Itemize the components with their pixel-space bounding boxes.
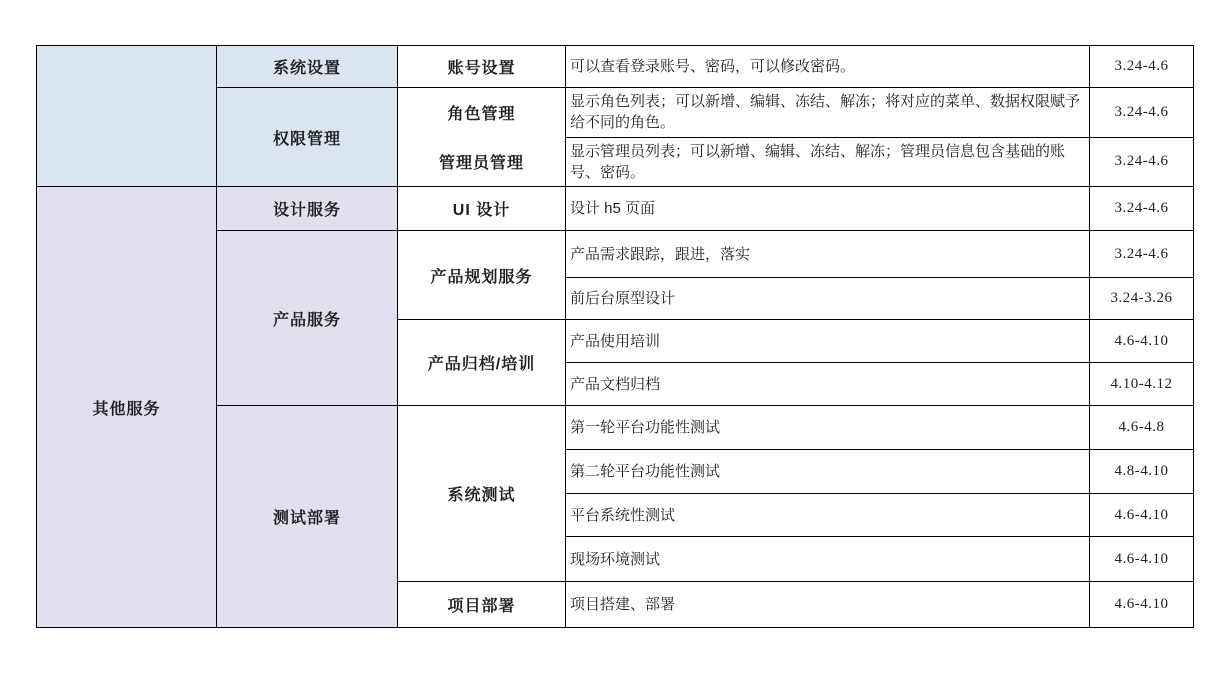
dates-cell: 3.24-4.6: [1090, 88, 1194, 138]
dates-cell: 3.24-4.6: [1090, 187, 1194, 231]
dates-cell: 3.24-3.26: [1090, 278, 1194, 320]
description-cell: 显示管理员列表；可以新增、编辑、冻结、解冻；管理员信息包含基础的账号、密码。: [566, 137, 1090, 187]
description-cell: 显示角色列表；可以新增、编辑、冻结、解冻；将对应的菜单、数据权限赋予给不同的角色…: [566, 88, 1090, 138]
description-cell: 平台系统性测试: [566, 494, 1090, 537]
dates-cell: 4.8-4.10: [1090, 450, 1194, 494]
item-cell: 账号设置: [398, 46, 566, 88]
category-cell: [37, 46, 217, 187]
schedule-table: 系统设置 账号设置 可以查看登录账号、密码，可以修改密码。 3.24-4.6 权…: [36, 45, 1194, 628]
item-cell: 系统测试: [398, 406, 566, 582]
dates-cell: 4.10-4.12: [1090, 363, 1194, 406]
dates-cell: 3.24-4.6: [1090, 137, 1194, 187]
subcategory-cell: 测试部署: [217, 406, 398, 628]
subcategory-cell: 设计服务: [217, 187, 398, 231]
description-cell: 项目搭建、部署: [566, 582, 1090, 628]
description-cell: 可以查看登录账号、密码，可以修改密码。: [566, 46, 1090, 88]
item-cell: 产品规划服务: [398, 231, 566, 320]
subcategory-cell: 产品服务: [217, 231, 398, 406]
description-cell: 前后台原型设计: [566, 278, 1090, 320]
item-label: 管理员管理: [398, 137, 565, 186]
item-label: 角色管理: [398, 88, 565, 137]
dates-cell: 3.24-4.6: [1090, 46, 1194, 88]
description-cell: 产品使用培训: [566, 320, 1090, 363]
dates-cell: 4.6-4.8: [1090, 406, 1194, 450]
dates-cell: 3.24-4.6: [1090, 231, 1194, 278]
table-row: 其他服务 设计服务 UI 设计 设计 h5 页面 3.24-4.6: [37, 187, 1194, 231]
description-cell: 现场环境测试: [566, 537, 1090, 582]
description-cell: 第二轮平台功能性测试: [566, 450, 1090, 494]
dates-cell: 4.6-4.10: [1090, 582, 1194, 628]
subcategory-cell: 系统设置: [217, 46, 398, 88]
table-row: 系统设置 账号设置 可以查看登录账号、密码，可以修改密码。 3.24-4.6: [37, 46, 1194, 88]
item-cell: UI 设计: [398, 187, 566, 231]
description-cell: 设计 h5 页面: [566, 187, 1090, 231]
item-cell: 角色管理 管理员管理: [398, 88, 566, 187]
item-cell: 项目部署: [398, 582, 566, 628]
dates-cell: 4.6-4.10: [1090, 494, 1194, 537]
dates-cell: 4.6-4.10: [1090, 320, 1194, 363]
subcategory-cell: 权限管理: [217, 88, 398, 187]
dates-cell: 4.6-4.10: [1090, 537, 1194, 582]
category-cell: 其他服务: [37, 187, 217, 628]
item-cell: 产品归档/培训: [398, 320, 566, 406]
description-cell: 产品文档归档: [566, 363, 1090, 406]
description-cell: 产品需求跟踪，跟进，落实: [566, 231, 1090, 278]
description-cell: 第一轮平台功能性测试: [566, 406, 1090, 450]
